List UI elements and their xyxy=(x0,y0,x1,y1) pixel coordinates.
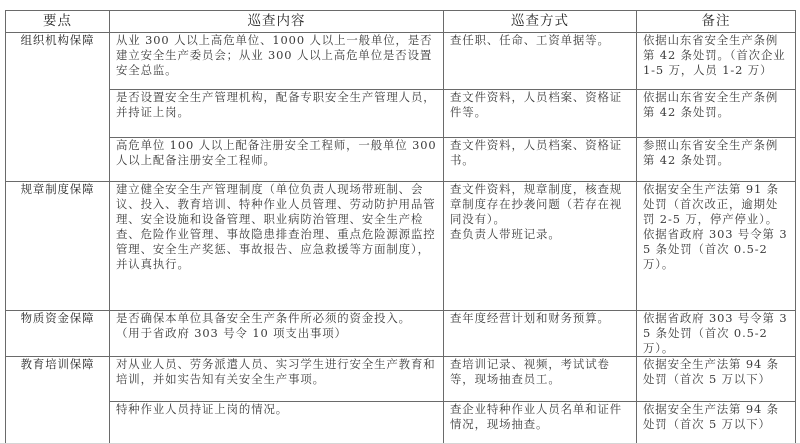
remark-cell: 依据山东省安全生产条例第 42 条处罚。 xyxy=(637,90,796,138)
table-row: 规章制度保障 建立健全安全生产管理制度（单位负责人现场带班制、会议、投入、教育培… xyxy=(6,182,796,311)
group-point-funding: 物质资金保障 xyxy=(6,311,110,357)
content-cell: 对从业人员、劳务派遣人员、实习学生进行安全生产教育和培训，并如实告知有关安全生产… xyxy=(110,357,444,402)
header-method: 巡查方式 xyxy=(444,11,637,33)
content-cell: 高危单位 100 人以上配备注册安全工程师，一般单位 300 人以上配备注册安全… xyxy=(110,138,444,182)
content-line: 是否确保本单位具备安全生产条件所必须的资金投入。 xyxy=(116,311,437,326)
inspection-table: 要点 巡查内容 巡查方式 备注 组织机构保障 从业 300 人以上高危单位、10… xyxy=(5,10,796,444)
remark-cell: 依据山东省安全生产条例第 42 条处罚。（首次企业 1-5 万，人员 1-2 万… xyxy=(637,33,796,90)
table-row: 是否设置安全生产管理机构，配备专职安全生产管理人员，并持证上岗。 查文件资料，人… xyxy=(6,90,796,138)
header-content: 巡查内容 xyxy=(110,11,444,33)
method-cell: 查文件资料，规章制度，核查规章制度存在抄袭问题（若存在视同没有）。 查负责人带班… xyxy=(444,182,637,311)
remark-line: 依据省政府 303 号令第 35 条处罚（首次 0.5-2 万）。 xyxy=(643,227,789,272)
method-line: 查文件资料，规章制度，核查规章制度存在抄袭问题（若存在视同没有）。 xyxy=(450,182,630,227)
table-row: 组织机构保障 从业 300 人以上高危单位、1000 人以上一般单位，是否建立安… xyxy=(6,33,796,90)
group-point-training: 教育培训保障 xyxy=(6,357,110,444)
remark-cell: 依据安全生产法第 91 条处罚（首次改正，逾期处罚 2-5 万，停产停业）。 依… xyxy=(637,182,796,311)
table-row: 物质资金保障 是否确保本单位具备安全生产条件所必须的资金投入。 （用于省政府 3… xyxy=(6,311,796,357)
header-point: 要点 xyxy=(6,11,110,33)
method-cell: 查培训记录、视频，考试试卷等，现场抽查员工。 xyxy=(444,357,637,402)
table-row: 教育培训保障 对从业人员、劳务派遣人员、实习学生进行安全生产教育和培训，并如实告… xyxy=(6,357,796,402)
content-line: （用于省政府 303 号令 10 项支出事项） xyxy=(116,326,437,341)
remark-line: 依据安全生产法第 91 条处罚（首次改正，逾期处罚 2-5 万，停产停业）。 xyxy=(643,182,789,227)
header-row: 要点 巡查内容 巡查方式 备注 xyxy=(6,11,796,33)
content-cell: 从业 300 人以上高危单位、1000 人以上一般单位，是否建立安全生产委员会；… xyxy=(110,33,444,90)
method-cell: 查任职、任命、工资单据等。 xyxy=(444,33,637,90)
remark-cell: 依据安全生产法第 94 条处罚（首次 5 万以下） xyxy=(637,357,796,402)
table-row: 高危单位 100 人以上配备注册安全工程师，一般单位 300 人以上配备注册安全… xyxy=(6,138,796,182)
group-point-organization: 组织机构保障 xyxy=(6,33,110,182)
remark-cell: 依据省政府 303 号令第 35 条处罚（首次 0.5-2 万）。 xyxy=(637,311,796,357)
content-cell: 建立健全安全生产管理制度（单位负责人现场带班制、会议、投入、教育培训、特种作业人… xyxy=(110,182,444,311)
method-cell: 查年度经营计划和财务预算。 xyxy=(444,311,637,357)
content-cell: 是否确保本单位具备安全生产条件所必须的资金投入。 （用于省政府 303 号令 1… xyxy=(110,311,444,357)
content-cell: 是否设置安全生产管理机构，配备专职安全生产管理人员，并持证上岗。 xyxy=(110,90,444,138)
method-cell: 查文件资料，人员档案、资格证件等。 xyxy=(444,90,637,138)
content-cell: 特种作业人员持证上岗的情况。 xyxy=(110,402,444,444)
header-remark: 备注 xyxy=(637,11,796,33)
method-cell: 查文件资料，人员档案、资格证书。 xyxy=(444,138,637,182)
table-row: 特种作业人员持证上岗的情况。 查企业特种作业人员名单和证件情况，现场抽查。 依据… xyxy=(6,402,796,444)
method-line: 查负责人带班记录。 xyxy=(450,227,630,242)
remark-cell: 依据安全生产法第 94 条处罚（首次 5 万以下） xyxy=(637,402,796,444)
group-point-regulations: 规章制度保障 xyxy=(6,182,110,311)
method-cell: 查企业特种作业人员名单和证件情况，现场抽查。 xyxy=(444,402,637,444)
remark-cell: 参照山东省安全生产条例第 42 条处罚。 xyxy=(637,138,796,182)
